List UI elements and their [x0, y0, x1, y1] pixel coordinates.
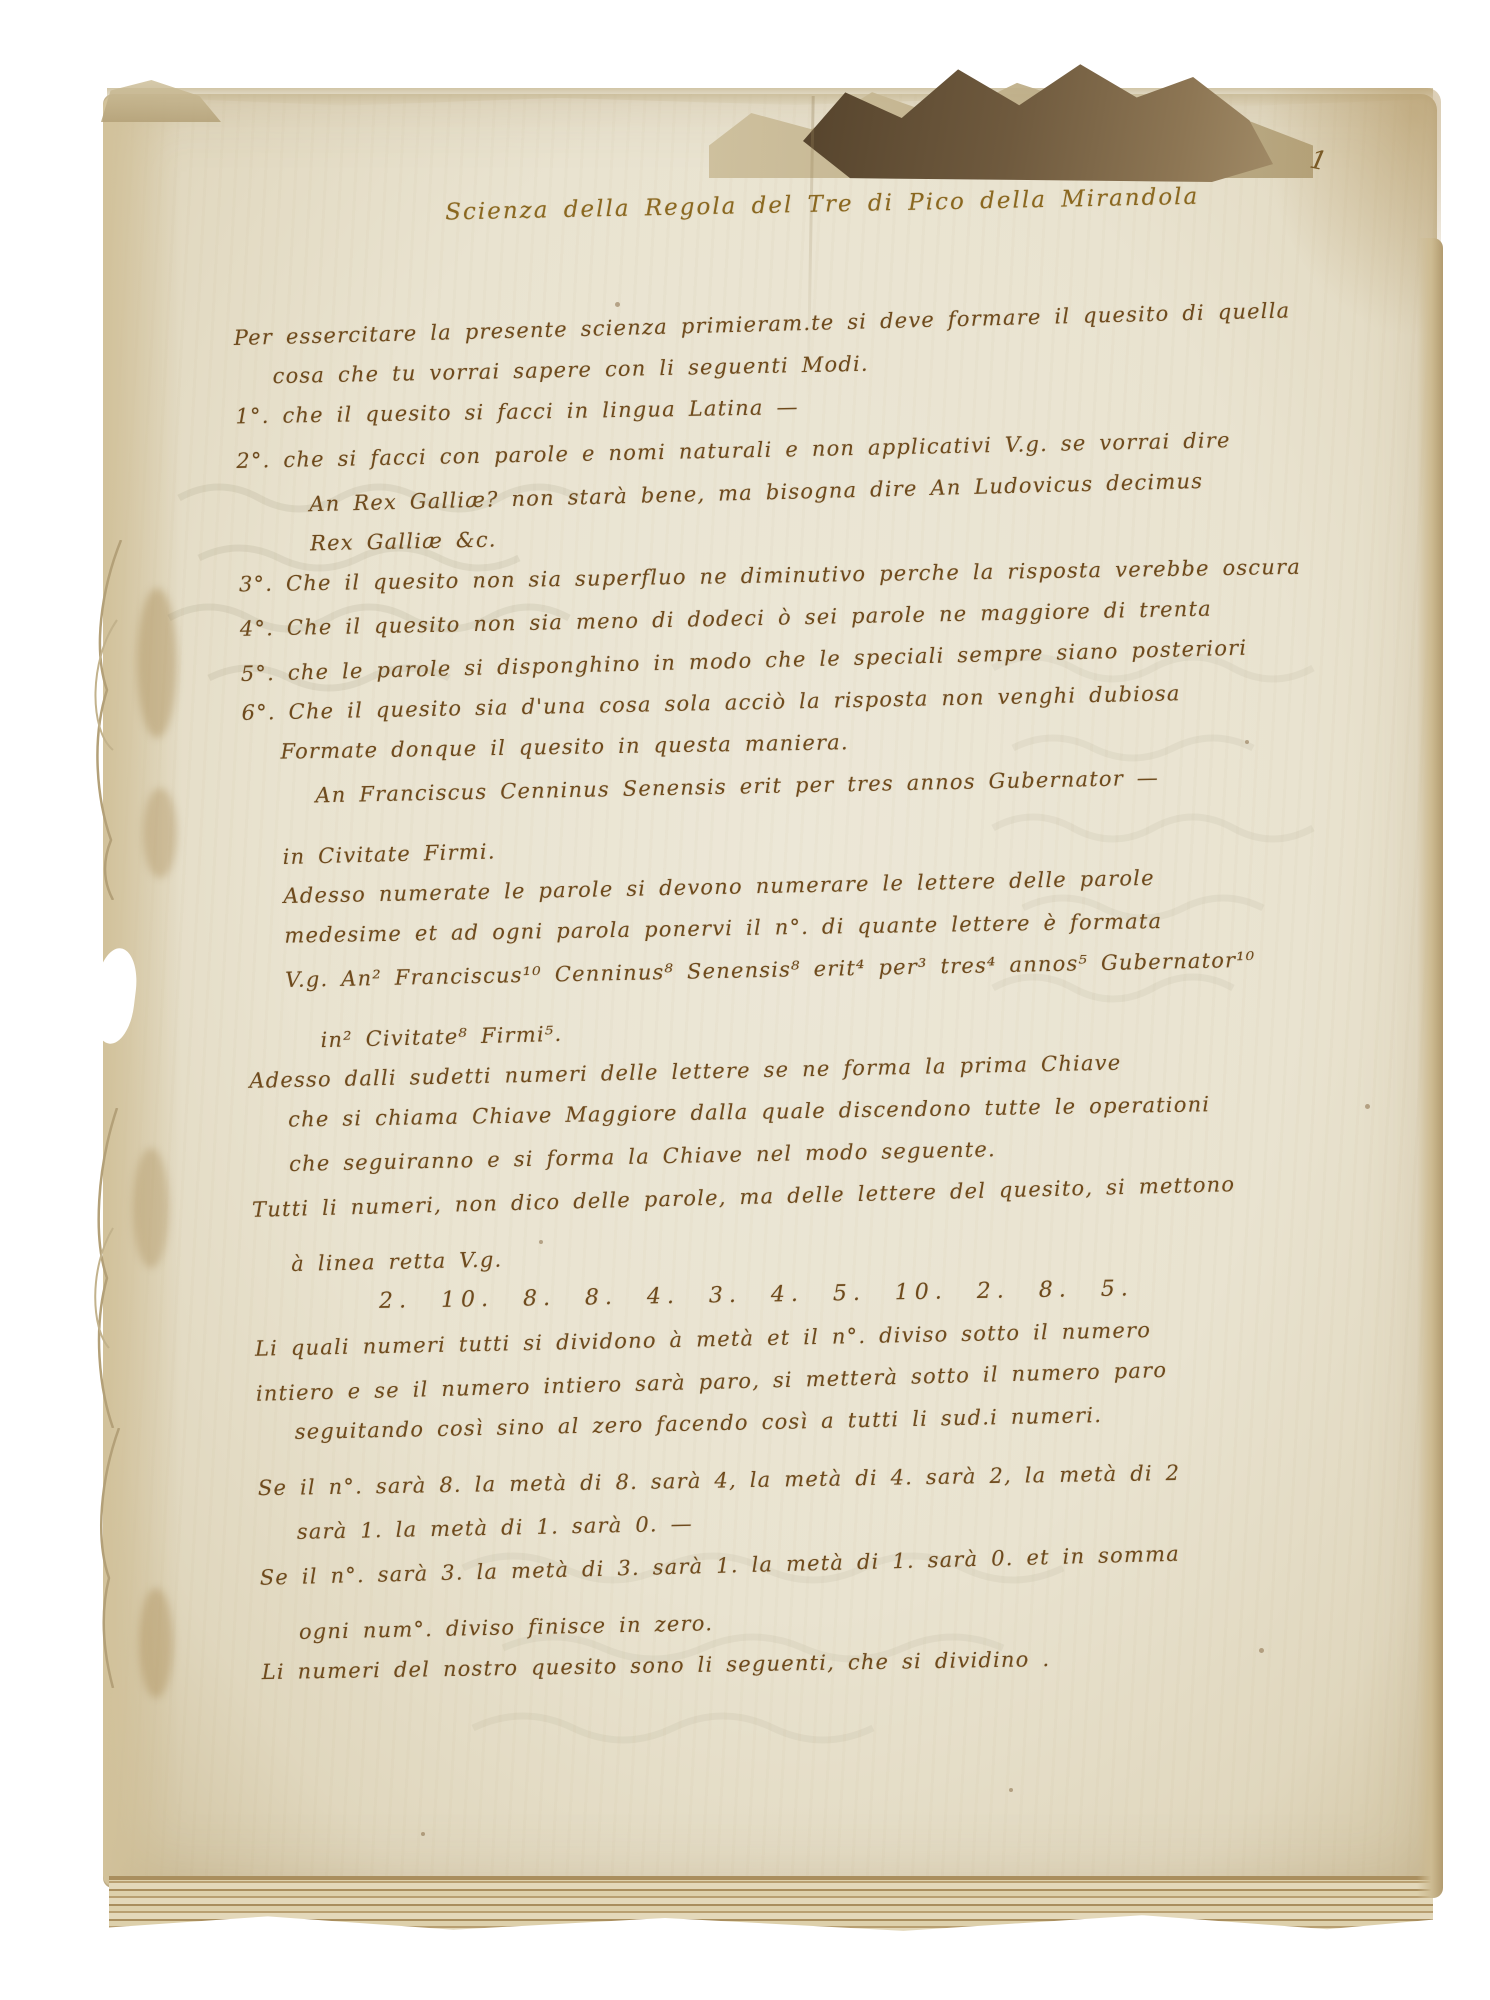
manuscript-line-text: cosa che tu vorrai sapere con li seguent…: [272, 352, 869, 388]
photo-backdrop: 1 Scienza della Regola del Tre di Pico d…: [0, 0, 1490, 2000]
foxing-spot: [1009, 1788, 1013, 1792]
manuscript-line-text: sarà 1. la metà di 1. sarà 0. —: [297, 1512, 694, 1544]
torn-corner-flap: [803, 54, 1273, 182]
manuscript-line-text: V.g. An² Franciscus¹⁰ Cenninus⁸ Senensis…: [285, 948, 1256, 992]
manuscript-line-text: che si chiama Chiave Maggiore dalla qual…: [288, 1092, 1210, 1131]
binding-stain: [133, 1148, 169, 1268]
manuscript-line-text: 2. 10. 8. 8. 4. 3. 4. 5. 10. 2. 8. 5.: [379, 1276, 1134, 1314]
binding-stain: [143, 788, 177, 878]
manuscript-line-text: medesime et ad ogni parola ponervi il n°…: [284, 909, 1162, 948]
manuscript-line-text: in² Civitate⁸ Firmi⁵.: [320, 1022, 562, 1052]
manuscript-line-text: An Franciscus Cenninus Senensis erit per…: [315, 766, 1159, 808]
binding-stain: [139, 1588, 173, 1698]
manuscript-line-text: che seguiranno e si forma la Chiave nel …: [289, 1137, 996, 1176]
manuscript-lines: Per essercitare la presente scienza prim…: [233, 289, 1434, 1695]
manuscript-line-text: 3°. Che il quesito non sia superfluo ne …: [239, 555, 1301, 597]
top-left-fold: [101, 80, 221, 122]
manuscript-text: Scienza della Regola del Tre di Pico del…: [231, 179, 1434, 1695]
manuscript-line-text: à linea retta V.g.: [291, 1248, 503, 1276]
foxing-spot: [421, 1832, 425, 1836]
binding-thread: [87, 540, 135, 900]
manuscript-line-text: 1°. che il quesito si facci in lingua La…: [235, 395, 799, 428]
page-stack-bottom-edge: [109, 1876, 1433, 1932]
binding-thread: [89, 1428, 133, 1688]
manuscript-line-text: ogni num°. diviso finisce in zero.: [299, 1611, 714, 1644]
manuscript-line-text: Se il n°. sarà 8. la metà di 8. sarà 4, …: [258, 1461, 1181, 1500]
manuscript-line-text: Formate donque il quesito in questa mani…: [280, 730, 849, 763]
manuscript-line-text: Li numeri del nostro quesito sono li seg…: [262, 1647, 1051, 1684]
manuscript-line-text: Rex Galliæ &c.: [310, 528, 497, 556]
manuscript-book: 1 Scienza della Regola del Tre di Pico d…: [103, 88, 1443, 1932]
binding-thread: [85, 1108, 133, 1428]
manuscript-line-text: in Civitate Firmi.: [282, 839, 496, 869]
